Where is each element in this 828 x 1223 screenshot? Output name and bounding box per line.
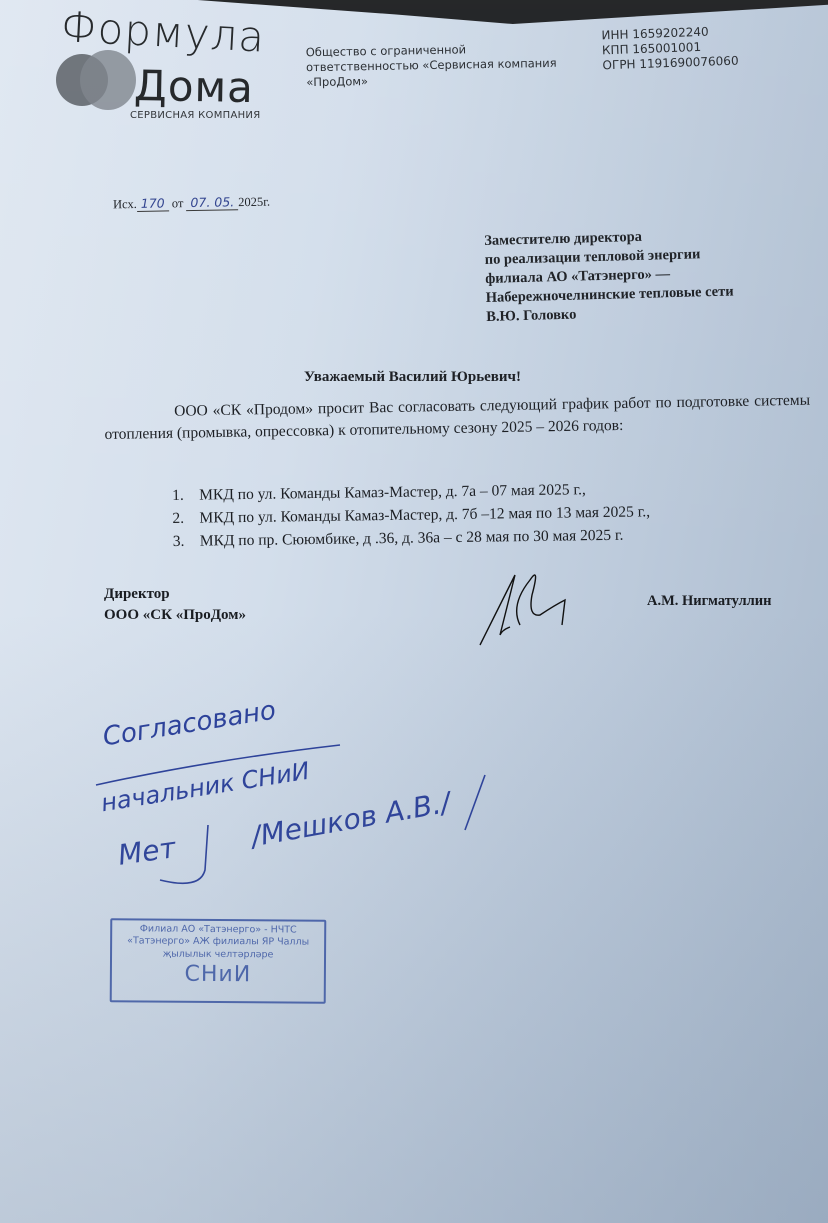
schedule-list: 1.МКД по ул. Команды Камаз-Мастер, д. 7а… [172, 477, 651, 553]
registration-details: ИНН 1659202240 КПП 165001001 ОГРН 119169… [601, 24, 739, 74]
logo-circle-icon [80, 50, 136, 110]
body-paragraph: ООО «СК «Продом» просит Вас согласовать … [104, 390, 811, 446]
outgoing-number: 170 [137, 195, 169, 212]
organization-name: Общество с ограниченной ответственностью… [306, 41, 557, 90]
outgoing-reference: Исх.170 от 07. 05.2025г. [113, 194, 270, 213]
logo-subtitle: СЕРВИСНАЯ КОМПАНИЯ [130, 110, 260, 121]
signatory-name: А.М. Нигматуллин [647, 593, 772, 610]
department-stamp: Филиал АО «Татэнерго» - НЧТС «Татэнерго»… [110, 918, 327, 1004]
outgoing-date: 07. 05. [186, 194, 238, 211]
approval-handwritten: Согласовано начальник СНиИ Мет /Мешков А… [90, 695, 510, 905]
company-logo: Формула Дома СЕРВИСНАЯ КОМПАНИЯ [52, 2, 262, 132]
letter-body: ООО «СК «Продом» просит Вас согласовать … [104, 390, 811, 446]
addressee-block: Заместителю директора по реализации тепл… [484, 226, 734, 327]
logo-word-2: Дома [134, 61, 255, 112]
signatory-title: Директор ООО «СК «ПроДом» [104, 584, 246, 626]
greeting: Уважаемый Василий Юрьевич! [304, 369, 521, 386]
logo-word-1: Формула [59, 2, 266, 62]
handwritten-signature [470, 555, 610, 655]
